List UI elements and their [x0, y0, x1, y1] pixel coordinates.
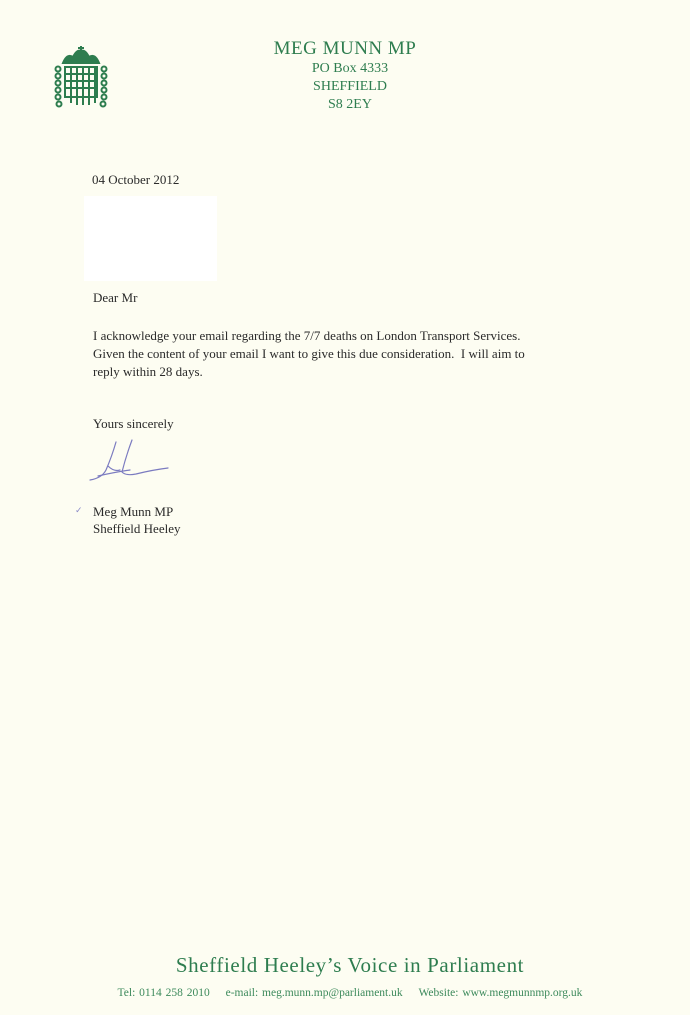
letter-date: 04 October 2012 — [92, 172, 179, 188]
salutation: Dear Mr — [93, 290, 137, 306]
address-line-1: PO Box 4333 — [0, 60, 690, 78]
address-line-3: S8 2EY — [0, 96, 690, 114]
signatory: Meg Munn MP Sheffield Heeley — [93, 503, 180, 537]
signature-icon — [86, 436, 176, 486]
mp-name: MEG MUNN MP — [0, 38, 690, 60]
footer-contact: Tel: 0114 258 2010 e-mail: meg.munn.mp@p… — [0, 987, 690, 999]
letterhead: MEG MUNN MP PO Box 4333 SHEFFIELD S8 2EY — [0, 38, 690, 114]
footer-website[interactable]: Website: www.megmunnmp.org.uk — [419, 987, 583, 999]
letter-body: I acknowledge your email regarding the 7… — [93, 327, 593, 381]
tick-mark: ✓ — [75, 505, 83, 516]
body-line-1: I acknowledge your email regarding the 7… — [93, 327, 593, 345]
footer-tel: Tel: 0114 258 2010 — [118, 987, 210, 999]
footer-motto: Sheffield Heeley’s Voice in Parliament — [0, 953, 690, 978]
footer-email[interactable]: e-mail: meg.munn.mp@parliament.uk — [226, 987, 403, 999]
closing: Yours sincerely — [93, 416, 174, 432]
signatory-name: Meg Munn MP — [93, 503, 180, 520]
redacted-address-block — [84, 196, 217, 281]
address-line-2: SHEFFIELD — [0, 78, 690, 96]
body-line-3: reply within 28 days. — [93, 363, 593, 381]
signatory-constituency: Sheffield Heeley — [93, 520, 180, 537]
body-line-2: Given the content of your email I want t… — [93, 345, 593, 363]
